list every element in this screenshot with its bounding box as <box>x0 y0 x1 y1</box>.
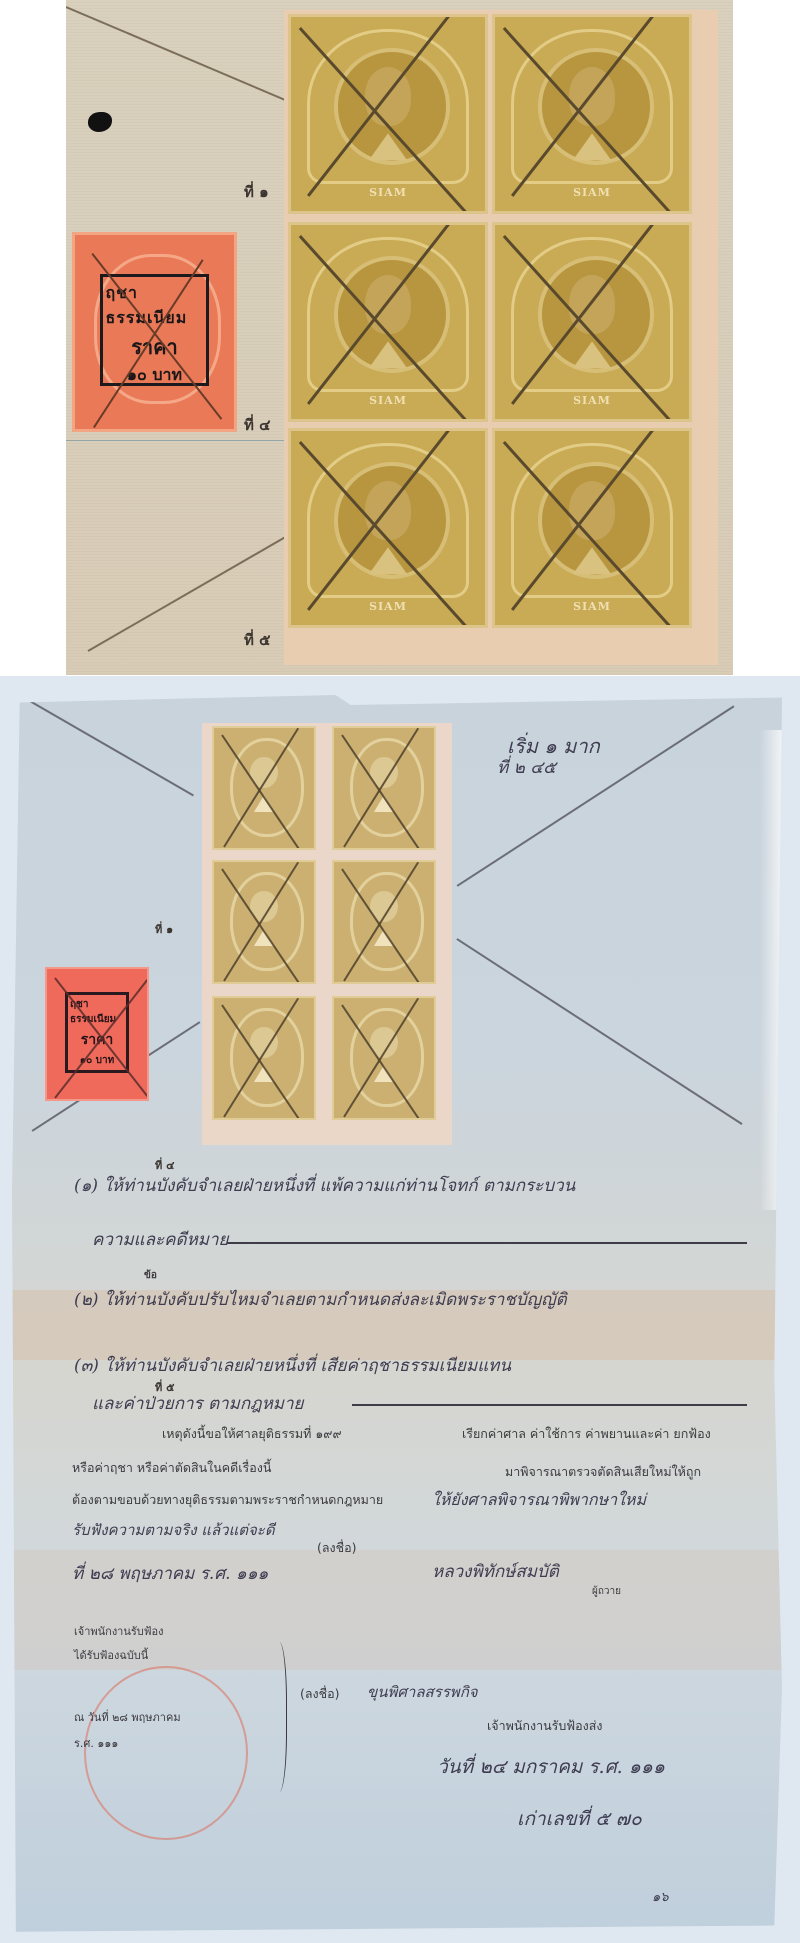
yellow-stamp-4: SIAM <box>492 222 692 422</box>
signature-suffix: ผู้ถวาย <box>592 1584 621 1599</box>
stamp-label: SIAM <box>495 600 689 613</box>
reception-line-2: ได้รับฟ้องฉบับนี้ <box>74 1646 148 1664</box>
mark-1: ที่ ๑ <box>244 180 269 204</box>
red-revenue-stamp: ฤชาธรรมเนียม ราคา ๑๐ บาท <box>45 967 149 1101</box>
handwritten-date: ที่ ๒๘ พฤษภาคม ร.ศ. ๑๑๑ <box>72 1560 268 1587</box>
yellow-stamp-2: SIAM <box>492 14 692 214</box>
number-line: เก่าเลขที่ ๕ ๗๐ <box>517 1804 642 1834</box>
yellow-stamp-3 <box>212 860 316 984</box>
officer-line: เจ้าพนักงานรับฟ้องส่ง <box>487 1716 602 1736</box>
stamp-label: SIAM <box>291 186 485 199</box>
reception-line-1: เจ้าพนักงานรับฟ้อง <box>74 1622 164 1640</box>
printed-line-3: หรือค่าฤชา หรือค่าตัดสินในคดีเรื่องนี้ <box>72 1458 271 1478</box>
fill-line <box>227 1242 747 1244</box>
date-line: วันที่ ๒๔ มกราคม ร.ศ. ๑๑๑ <box>437 1752 665 1782</box>
stamps-closeup-photo: ที่ ๑ ที่ ๔ ที่ ๕ ฤชาธรรมเนียม ราคา ๑๐ บ… <box>66 0 733 675</box>
handwritten-line-1: ให้ยังศาลพิจารณาพิพากษาใหม่ <box>432 1488 646 1513</box>
second-signature-caption: (ลงชื่อ) <box>300 1684 340 1704</box>
yellow-stamp-2 <box>332 726 436 850</box>
signature-name: หลวงพิทักษ์สมบัติ <box>432 1558 559 1585</box>
printed-line-5: ต้องตามขอบด้วยทางยุติธรรมตามพระราชกำหนดก… <box>72 1490 383 1510</box>
stamp-label: SIAM <box>291 600 485 613</box>
second-signature: ขุนพิศาลสรรพกิจ <box>367 1680 478 1704</box>
fold-line <box>16 692 194 796</box>
yellow-stamp-6 <box>332 996 436 1120</box>
yellow-stamp-1: SIAM <box>288 14 488 214</box>
yellow-stamp-5 <box>212 996 316 1120</box>
clause-3: (๓) ให้ท่านบังคับจำเลยฝ่ายหนึ่งที่ เสียค… <box>74 1352 511 1379</box>
red-official-seal <box>84 1666 248 1840</box>
clause-1-continued: ความและคดีหมาย <box>92 1226 229 1253</box>
stamp-label: SIAM <box>495 186 689 199</box>
full-document-photo: เริ่ม ๑ มาก ที่ ๒ ๔๕ ที่ ๑ ที่ ๔ ที่ ๕ ฤ… <box>0 676 800 1943</box>
yellow-stamp-6: SIAM <box>492 428 692 628</box>
reception-line-4: ร.ศ. ๑๑๑ <box>74 1734 118 1752</box>
fill-line <box>352 1404 747 1406</box>
mark-3: ที่ ๕ <box>244 628 270 652</box>
reception-line-3: ณ วันที่ ๒๘ พฤษภาคม <box>74 1708 181 1726</box>
top-right-note-line-2: ที่ ๒ ๔๕ <box>497 754 556 781</box>
clause-3-continued: และค่าป่วยการ ตามกฎหมาย <box>92 1390 304 1417</box>
mark-2: ที่ ๔ <box>244 413 270 437</box>
printed-line-4: มาพิจารณาตรวจตัดสินเสียใหม่ให้ถูก <box>505 1462 701 1482</box>
handwritten-line-2: รับฟังความตามจริง แล้วแต่จะดี <box>72 1518 275 1542</box>
stamp-label: SIAM <box>495 394 689 407</box>
printed-line-2: เรียกค่าศาล ค่าใช้การ ค่าพยานและค่า ยกฟ้… <box>462 1424 711 1444</box>
clause-1: (๑) ให้ท่านบังคับจำเลยฝ่ายหนึ่งที่ แพ้คว… <box>74 1172 575 1199</box>
mark-1: ที่ ๑ <box>155 920 173 938</box>
clause-2: (๒) ให้ท่านบังคับปรับไหมจำเลยตามกำหนดส่ง… <box>74 1286 567 1313</box>
fold-line <box>457 938 743 1124</box>
yellow-stamp-5: SIAM <box>288 428 488 628</box>
document-sheet: เริ่ม ๑ มาก ที่ ๒ ๔๕ ที่ ๑ ที่ ๔ ที่ ๕ ฤ… <box>12 690 782 1938</box>
yellow-stamp-4 <box>332 860 436 984</box>
clause-2-marker: ข้อ <box>144 1268 157 1283</box>
stamp-label: SIAM <box>291 394 485 407</box>
red-revenue-stamp: ฤชาธรรมเนียม ราคา ๑๐ บาท <box>72 232 237 432</box>
yellow-stamp-1 <box>212 726 316 850</box>
page-mark: ๑๖ <box>652 1886 669 1907</box>
signature-caption: (ลงชื่อ) <box>317 1538 357 1558</box>
overprint-top: ฤชาธรรมเนียม <box>70 997 124 1027</box>
sleeve-reflection <box>760 730 782 1210</box>
overprint-value: ๑๐ บาท <box>127 363 182 388</box>
bracket <box>268 1642 287 1792</box>
printed-line-1: เหตุดังนี้ขอให้ศาลยุติธรรมที่ ๑๙๙ <box>162 1424 342 1444</box>
yellow-stamp-3: SIAM <box>288 222 488 422</box>
